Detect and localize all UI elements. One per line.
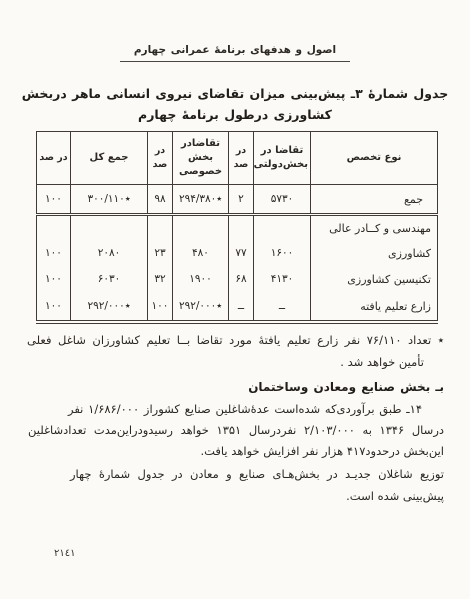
- paragraph-14: ۱۴ـ طبق برآوردی‌که شده‌است عدهٔ‌شاغلین ص…: [28, 399, 444, 462]
- cell-government: ۱۶۰۰: [254, 240, 311, 266]
- table-row-trained-farmer: زارع تعلیم یافته ــ ــ ٭۲۹۲/۰۰۰ ۱۰۰ ٭۲۹۲…: [37, 292, 438, 322]
- table-row-agricultural-technician: تکنیسین کشاورزی ۴۱۳۰ ۶۸ ۱۹۰۰ ۳۲ ۶۰۳۰ ۱۰۰: [37, 266, 438, 292]
- row-label: زارع تعلیم یافته: [311, 292, 438, 322]
- cell-government: ۵۷۳۰: [254, 185, 311, 215]
- cell-percent-total: [37, 215, 71, 241]
- col-header-grand-total: جمع کل: [71, 132, 148, 185]
- section-b-heading: بـ بخش صنایع ومعادن وساختمان: [27, 380, 444, 394]
- cell-grand-total: ۶۰۳۰: [71, 266, 148, 292]
- col-header-specialty-type: نوع تخصص: [311, 132, 438, 185]
- page-number: ۲۱٤۱: [54, 548, 75, 559]
- cell-grand-total: [71, 215, 148, 241]
- cell-percent-private: ۳۲: [148, 266, 173, 292]
- cell-percent-government: ۶۸: [229, 266, 254, 292]
- col-header-private-demand: تقاضادر بخش خصوصی: [173, 132, 229, 185]
- row-label: مهندسی و کــادر عالی: [311, 215, 438, 241]
- paragraph-14-line2: درسال ۱۳۴۶ به ۲/۱۰۳/۰۰۰ نفردرسال ۱۳۵۱ خو…: [28, 420, 444, 441]
- closing-line2: پیش‌بینی شده است.: [70, 485, 444, 507]
- paragraph-14-line1: ۱۴ـ طبق برآوردی‌که شده‌است عدهٔ‌شاغلین ص…: [28, 399, 444, 420]
- row-label: تکنیسین کشاورزی: [311, 266, 438, 292]
- manpower-demand-table: نوع تخصص تقاضا در بخش‌دولتی در صد تقاضاد…: [36, 131, 438, 324]
- col-header-percent-government: در صد: [229, 132, 254, 185]
- table-row-group-engineering: مهندسی و کــادر عالی: [37, 215, 438, 241]
- cell-percent-government: ــ: [229, 292, 254, 322]
- closing-paragraph: توزیع شاغلان جدیـد در بخش‌هـای صنایع و م…: [70, 463, 444, 507]
- closing-line1: توزیع شاغلان جدیـد در بخش‌هـای صنایع و م…: [70, 463, 444, 485]
- cell-grand-total: ٭۲۹۲/۰۰۰: [71, 292, 148, 322]
- table-title-line1: جدول شمارهٔ ۳ـ پیش‌بینی میزان تقاضای نیر…: [0, 83, 470, 104]
- cell-grand-total: ۲۰۸۰: [71, 240, 148, 266]
- table-title-line2: کشاورزی درطول برنامهٔ چهارم: [0, 104, 470, 125]
- cell-percent-private: ۱۰۰: [148, 292, 173, 322]
- cell-percent-government: ۷۷: [229, 240, 254, 266]
- col-header-percent-private: در صد: [148, 132, 173, 185]
- cell-percent-private: [148, 215, 173, 241]
- running-head: اصول و هدفهای برنامهٔ عمرانی چهارم: [0, 38, 470, 62]
- cell-percent-total: ۱۰۰: [37, 266, 71, 292]
- cell-private: ۱۹۰۰: [173, 266, 229, 292]
- cell-percent-total: ۱۰۰: [37, 292, 71, 322]
- cell-private: ٭۲۹۴/۳۸۰: [173, 185, 229, 215]
- cell-percent-total: ۱۰۰: [37, 185, 71, 215]
- cell-government: ۴۱۳۰: [254, 266, 311, 292]
- cell-percent-government: [229, 215, 254, 241]
- table-row-agriculture: کشاورزی ۱۶۰۰ ۷۷ ۴۸۰ ۲۳ ۲۰۸۰ ۱۰۰: [37, 240, 438, 266]
- cell-percent-private: ۲۳: [148, 240, 173, 266]
- scanned-book-page: اصول و هدفهای برنامهٔ عمرانی چهارم جدول …: [0, 0, 470, 599]
- col-header-percent-total: در صد: [37, 132, 71, 185]
- cell-government: ــ: [254, 292, 311, 322]
- footnote: ٭ تعداد ۷۶/۱۱۰ نفر زارع تعلیم یافتهٔ مور…: [27, 329, 444, 373]
- footnote-line2: تأمین خواهد شد .: [27, 351, 444, 373]
- cell-government: [254, 215, 311, 241]
- footnote-line1: ٭ تعداد ۷۶/۱۱۰ نفر زارع تعلیم یافتهٔ مور…: [27, 329, 444, 351]
- cell-percent-total: ۱۰۰: [37, 240, 71, 266]
- cell-percent-private: ۹۸: [148, 185, 173, 215]
- cell-private: ۴۸۰: [173, 240, 229, 266]
- table-header-row: نوع تخصص تقاضا در بخش‌دولتی در صد تقاضاد…: [37, 132, 438, 185]
- cell-private: ٭۲۹۲/۰۰۰: [173, 292, 229, 322]
- paragraph-14-line3: این‌بخش درحدود۴۱۷ هزار نفر افزایش خواهد …: [28, 441, 444, 462]
- row-label: جمع: [311, 185, 438, 215]
- table-title: جدول شمارهٔ ۳ـ پیش‌بینی میزان تقاضای نیر…: [0, 83, 470, 125]
- cell-grand-total: ٭۳۰۰/۱۱۰: [71, 185, 148, 215]
- cell-private: [173, 215, 229, 241]
- running-head-text: اصول و هدفهای برنامهٔ عمرانی چهارم: [120, 44, 350, 62]
- row-label: کشاورزی: [311, 240, 438, 266]
- cell-percent-government: ۲: [229, 185, 254, 215]
- table-row-total: جمع ۵۷۳۰ ۲ ٭۲۹۴/۳۸۰ ۹۸ ٭۳۰۰/۱۱۰ ۱۰۰: [37, 185, 438, 215]
- col-header-government-demand: تقاضا در بخش‌دولتی: [254, 132, 311, 185]
